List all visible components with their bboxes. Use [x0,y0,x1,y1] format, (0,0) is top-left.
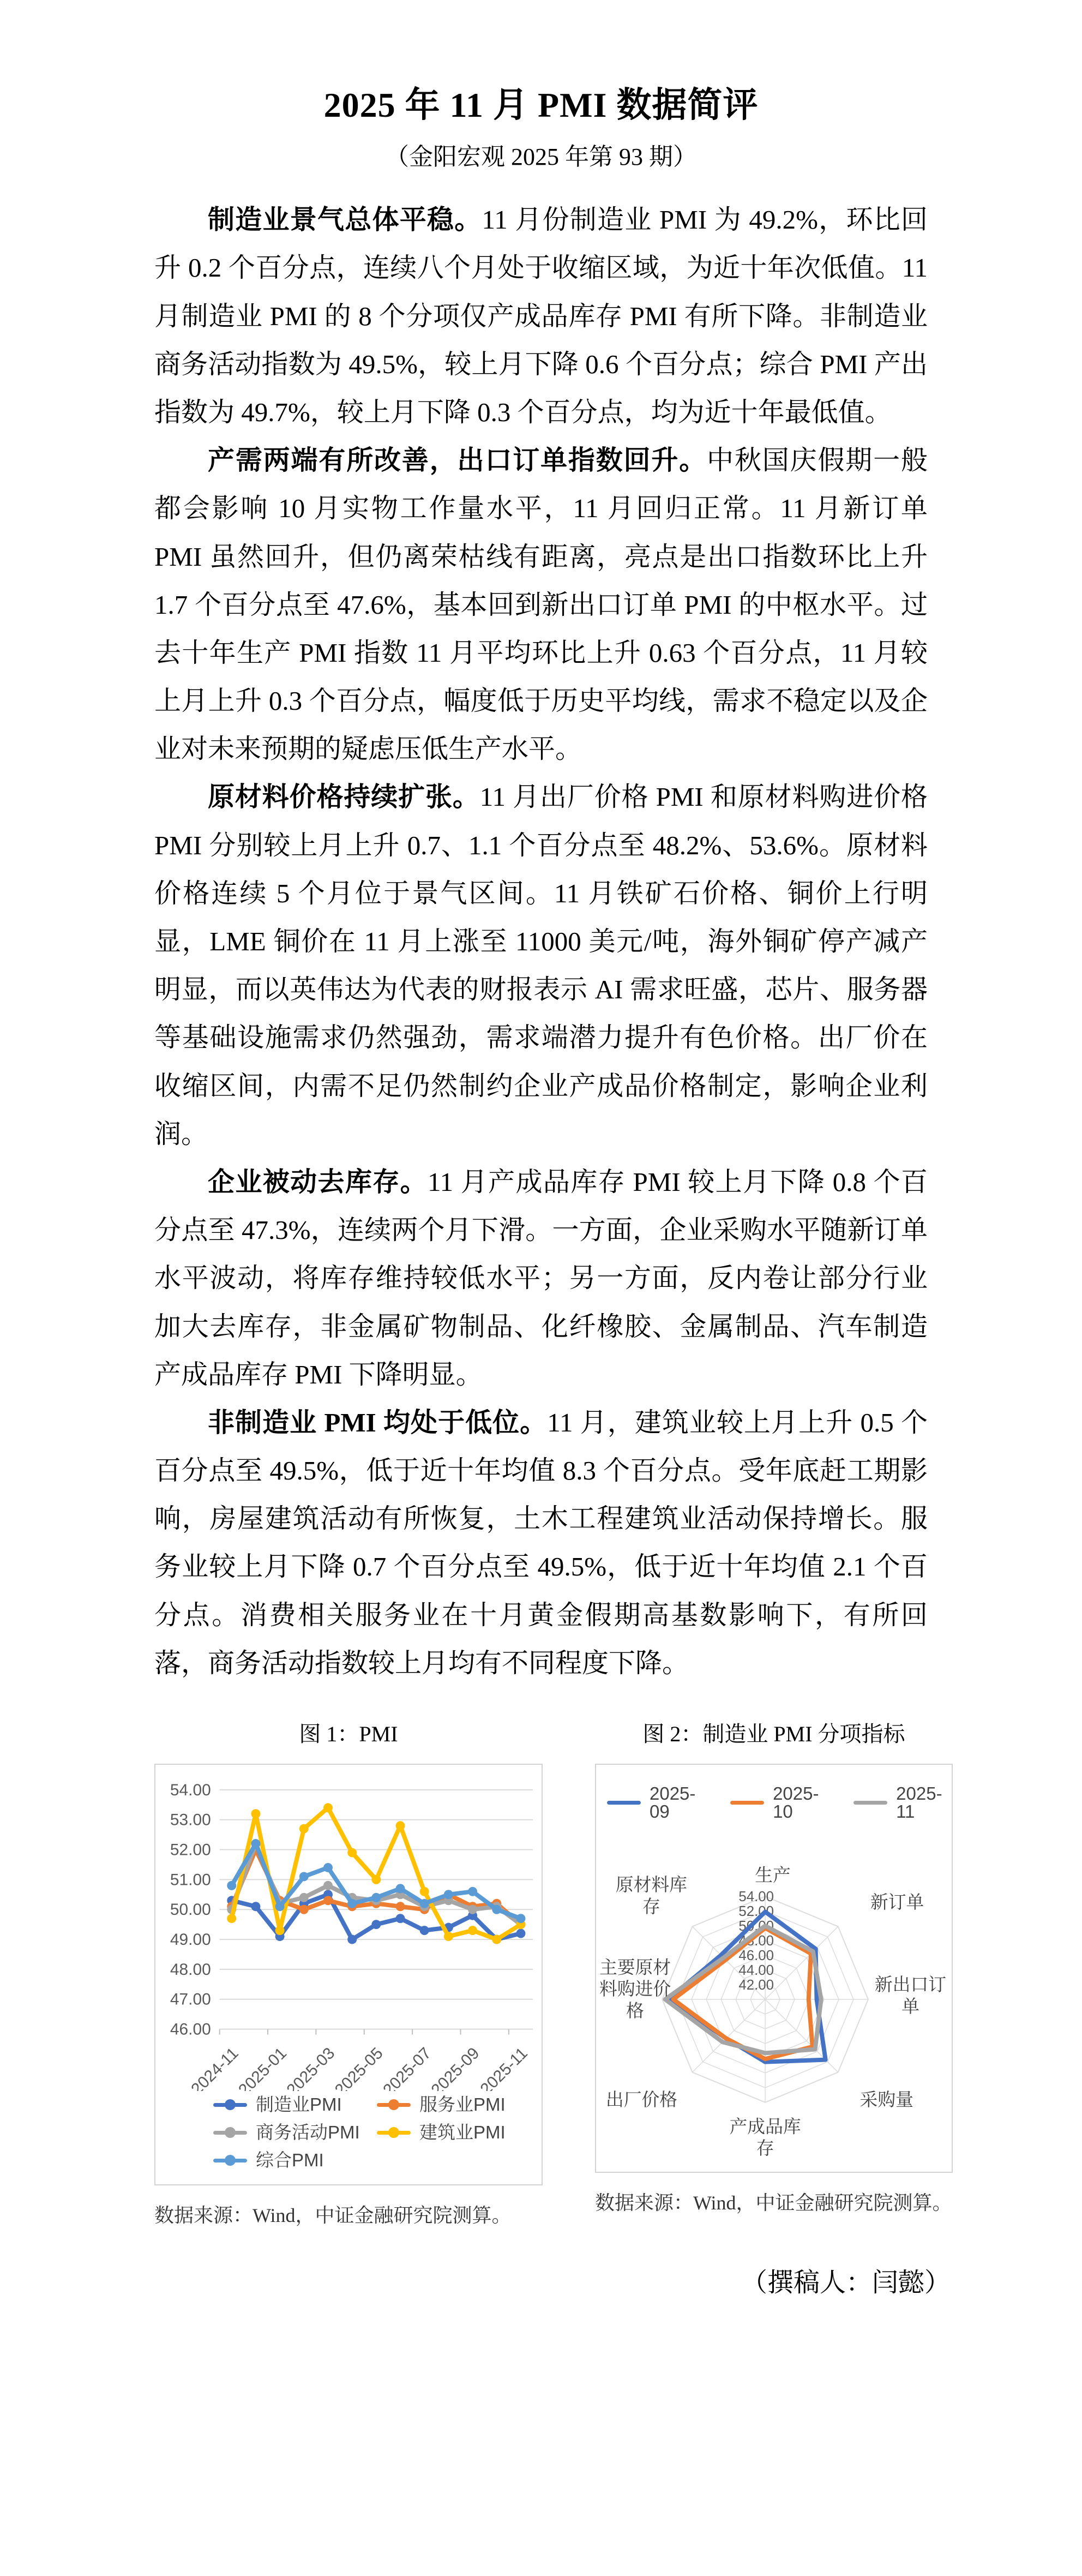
line-chart-svg: 46.0047.0048.0049.0050.0051.0052.0053.00… [155,1765,542,2091]
page-title: 2025 年 11 月 PMI 数据简评 [154,86,928,124]
x-tick-label: 2025-07 [380,2044,435,2091]
category-label: 原材料库存 [616,1874,687,1916]
body-paragraph: 原材料价格持续扩张。11 月出厂价格 PMI 和原材料购进价格 PMI 分别较上… [154,773,928,1158]
y-tick-label: 54.00 [170,1781,211,1799]
body-paragraph: 非制造业 PMI 均处于低位。11 月，建筑业较上月上升 0.5 个百分点至 4… [154,1399,928,1687]
y-tick-label: 50.00 [170,1901,211,1919]
pmi-radar-chart-legend: 2025-092025-102025-11 [596,1765,952,1820]
legend-label: 建筑业PMI [419,2123,506,2141]
y-tick-label: 49.00 [170,1931,211,1949]
data-point-marker [371,1875,381,1884]
category-label: 新出口订单 [875,1974,946,2016]
legend-item: 服务业PMI [377,2095,540,2113]
paragraph-text: 11 月出厂价格 PMI 和原材料购进价格 PMI 分别较上月上升 0.7、1.… [154,782,928,1148]
data-point-marker [468,1905,477,1914]
legend-item: 商务活动PMI [213,2123,377,2141]
data-point-marker [396,1914,405,1923]
document-page: 2025 年 11 月 PMI 数据简评 （金阳宏观 2025 年第 93 期）… [0,0,1082,2332]
r-tick-label: 42.00 [738,1978,774,1993]
data-point-marker [492,1905,501,1914]
data-point-marker [347,1848,357,1858]
data-point-marker [516,1929,525,1938]
data-point-marker [492,1935,501,1944]
category-label: 生产 [755,1865,791,1885]
legend-line-marker-icon [377,2126,411,2138]
legend-line-marker-icon [607,1796,641,1808]
data-point-marker [299,1905,309,1914]
x-tick-label: 2025-01 [235,2044,290,2091]
category-label: 产成品库存 [730,2116,801,2158]
pmi-radar-chart-plot: 42.0044.0046.0048.0050.0052.0054.00生产新订单… [596,1820,952,2172]
y-tick-label: 48.00 [170,1961,211,1979]
legend-label: 商务活动PMI [256,2123,360,2141]
legend-label: 服务业PMI [419,2095,506,2113]
legend-label: 2025-11 [896,1784,952,1820]
paragraph-text: 11 月份制造业 PMI 为 49.2%，环比回升 0.2 个百分点，连续八个月… [154,205,928,427]
legend-label: 制造业PMI [256,2095,342,2113]
figure2-caption: 图 2：制造业 PMI 分项指标 [595,1721,953,1747]
x-tick-label: 2025-11 [477,2044,531,2091]
data-point-marker [396,1902,405,1911]
data-point-marker [227,1914,236,1923]
x-tick-label: 2024-11 [188,2044,242,2091]
data-point-marker [371,1920,381,1929]
legend-item: 2025-09 [607,1784,706,1820]
legend-line-marker-icon [853,1796,887,1808]
data-point-marker [323,1881,333,1890]
y-tick-label: 46.00 [170,2021,211,2039]
legend-line-marker-icon [213,2154,247,2166]
data-point-marker [371,1893,381,1902]
x-tick-label: 2025-05 [332,2044,387,2091]
data-point-marker [420,1899,429,1908]
data-point-marker [323,1896,333,1905]
category-label: 采购量 [860,2089,913,2110]
data-point-marker [299,1824,309,1834]
paragraph-lead: 企业被动去库存。 [208,1167,428,1197]
body-paragraph: 产需两端有所改善，出口订单指数回升。中秋国庆假期一般都会影响 10 月实物工作量… [154,436,928,773]
pmi-line-chart: 46.0047.0048.0049.0050.0051.0052.0053.00… [154,1764,543,2185]
author-line: （撰稿人：闫懿） [154,2261,953,2299]
data-point-marker [323,1803,333,1812]
legend-line-marker-icon [730,1796,764,1808]
figures-row: 图 1：PMI 46.0047.0048.0049.0050.0051.0052… [154,1721,953,2228]
x-tick-label: 2025-03 [283,2044,338,2091]
data-point-marker [468,1887,477,1896]
data-point-marker [323,1863,333,1872]
body-text: 制造业景气总体平稳。11 月份制造业 PMI 为 49.2%，环比回升 0.2 … [154,196,928,1687]
data-point-marker [396,1821,405,1830]
paragraph-lead: 制造业景气总体平稳。 [208,205,482,235]
x-axis-labels: 2024-112025-012025-032025-052025-072025-… [188,2044,531,2091]
legend-item: 2025-10 [730,1784,829,1820]
paragraph-text: 11 月产成品库存 PMI 较上月下降 0.8 个百分点至 47.3%，连续两个… [154,1167,928,1389]
r-tick-label: 46.00 [738,1948,774,1963]
r-tick-label: 54.00 [738,1889,774,1904]
data-point-marker [420,1887,429,1896]
data-point-marker [468,1926,477,1935]
category-label: 主要原材料购进价格 [599,1957,671,2021]
category-label: 出厂价格 [606,2089,677,2110]
data-point-marker [299,1872,309,1881]
body-paragraph: 企业被动去库存。11 月产成品库存 PMI 较上月下降 0.8 个百分点至 47… [154,1158,928,1399]
x-axis-ticks [220,2029,509,2035]
y-tick-label: 52.00 [170,1841,211,1859]
legend-label: 2025-09 [650,1784,706,1820]
data-point-marker [347,1899,357,1908]
paragraph-text: 中秋国庆假期一般都会影响 10 月实物工作量水平，11 月回归正常。11 月新订… [154,445,928,764]
legend-item: 建筑业PMI [377,2123,540,2141]
data-point-marker [275,1902,285,1911]
data-point-marker [275,1926,285,1935]
page-subtitle: （金阳宏观 2025 年第 93 期） [154,143,928,172]
legend-line-marker-icon [213,2126,247,2138]
data-point-marker [251,1809,260,1818]
legend-line-marker-icon [213,2099,247,2111]
data-point-marker [420,1926,429,1935]
data-point-marker [251,1839,260,1848]
pmi-line-chart-legend: 制造业PMI服务业PMI商务活动PMI建筑业PMI综合PMI [155,2091,542,2184]
radar-chart-svg: 42.0044.0046.0048.0050.0052.0054.00生产新订单… [596,1820,952,2172]
legend-item: 综合PMI [213,2151,377,2169]
data-point-marker [396,1884,405,1893]
paragraph-text: 11 月，建筑业较上月上升 0.5 个百分点至 49.5%，低于近十年均值 8.… [154,1407,928,1678]
body-paragraph: 制造业景气总体平稳。11 月份制造业 PMI 为 49.2%，环比回升 0.2 … [154,196,928,436]
paragraph-lead: 原材料价格持续扩张。 [208,782,480,812]
pmi-radar-chart: 2025-092025-102025-11 42.0044.0046.0048.… [595,1764,953,2173]
legend-label: 综合PMI [256,2151,324,2169]
legend-item: 2025-11 [853,1784,952,1820]
x-tick-label: 2025-09 [428,2044,483,2091]
y-tick-label: 47.00 [170,1991,211,2009]
data-point-marker [516,1914,525,1923]
figure1-source: 数据来源：Wind，中证金融研究院测算。 [154,2203,543,2228]
data-point-marker [444,1890,453,1899]
category-label: 新订单 [870,1892,924,1912]
data-point-marker [299,1893,309,1902]
data-point-marker [347,1935,357,1944]
legend-line-marker-icon [377,2099,411,2111]
data-point-marker [251,1902,260,1911]
paragraph-lead: 非制造业 PMI 均处于低位。 [208,1407,547,1437]
data-point-marker [227,1881,236,1890]
pmi-line-chart-plot: 46.0047.0048.0049.0050.0051.0052.0053.00… [155,1765,542,2091]
r-tick-label: 44.00 [738,1963,774,1978]
y-tick-label: 53.00 [170,1811,211,1829]
figure-2: 图 2：制造业 PMI 分项指标 2025-092025-102025-11 4… [595,1721,953,2228]
data-point-marker [444,1932,453,1941]
legend-label: 2025-10 [773,1784,829,1820]
figure2-source: 数据来源：Wind，中证金融研究院测算。 [595,2190,953,2216]
paragraph-lead: 产需两端有所改善，出口订单指数回升。 [208,445,707,475]
y-tick-label: 51.00 [170,1871,211,1889]
legend-item: 制造业PMI [213,2095,377,2113]
figure1-caption: 图 1：PMI [154,1721,543,1747]
figure-1: 图 1：PMI 46.0047.0048.0049.0050.0051.0052… [154,1721,543,2228]
